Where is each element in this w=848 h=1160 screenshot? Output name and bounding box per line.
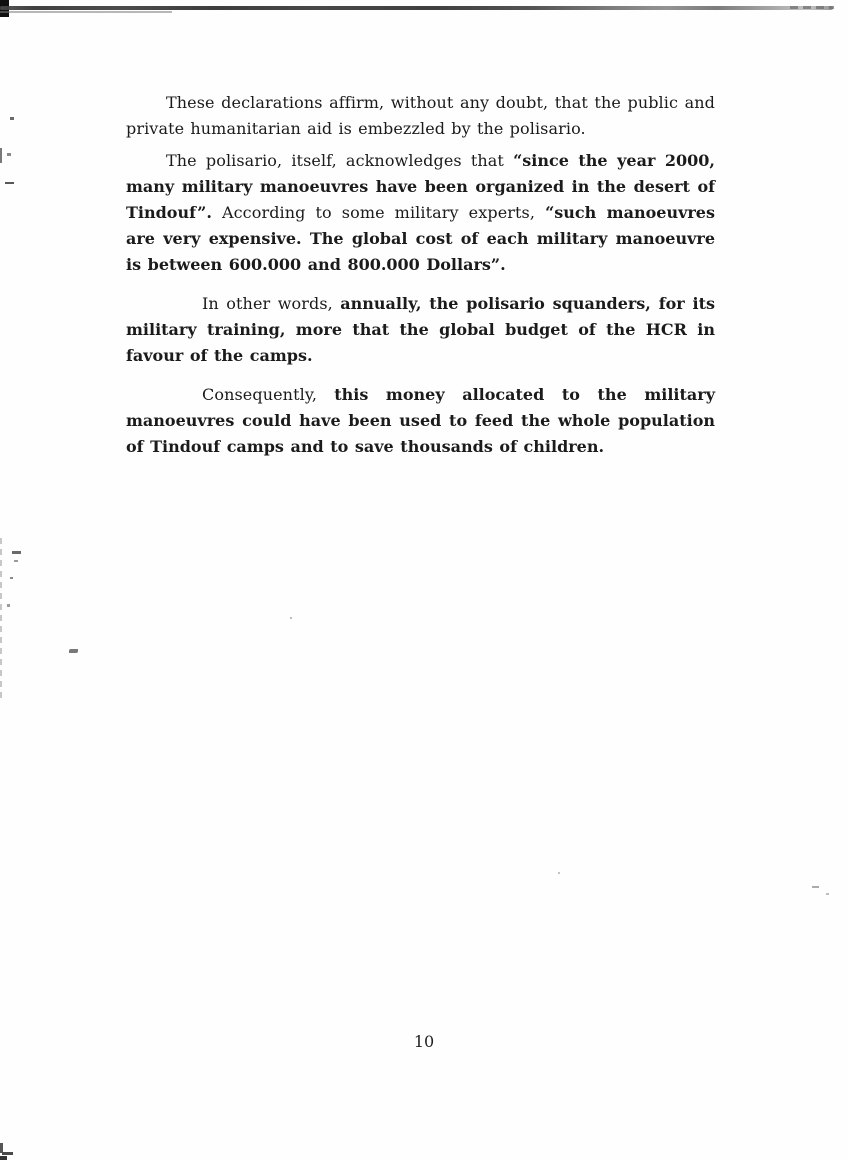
paragraph: In other words, annually, the polisario … — [126, 291, 715, 369]
scan-artifact-corner-block — [0, 0, 9, 17]
paragraph: These declarations affirm, without any d… — [126, 90, 715, 142]
text-segment: According to some military experts, — [212, 203, 545, 222]
page-number: 10 — [0, 1032, 848, 1051]
scan-artifact-speck — [0, 1143, 3, 1153]
scan-artifact-speck — [826, 893, 829, 895]
scan-artifact-speck — [7, 604, 10, 607]
scan-artifact-speck — [0, 1156, 7, 1160]
scan-artifact-speck — [5, 182, 14, 184]
document-body: These declarations affirm, without any d… — [126, 90, 715, 473]
scan-artifact-speck — [812, 886, 819, 888]
text-segment: The polisario, itself, acknowledges that — [166, 151, 513, 170]
paragraph: The polisario, itself, acknowledges that… — [126, 148, 715, 278]
scan-artifact-top-line-end — [790, 6, 834, 9]
scan-artifact-speck — [10, 577, 13, 579]
paragraph: Consequently, this money allocated to th… — [126, 382, 715, 460]
scan-artifact-speck — [558, 872, 560, 874]
scan-artifact-speck — [290, 617, 292, 619]
scan-artifact-top-line-2 — [0, 11, 172, 13]
scan-artifact-speck — [10, 117, 14, 120]
scan-artifact-speck — [2, 1152, 13, 1155]
text-segment: These declarations affirm, without any d… — [126, 93, 715, 138]
scan-artifact-speck — [14, 560, 18, 562]
scan-artifact-speck — [12, 551, 21, 554]
scan-artifact-left-edge — [0, 538, 2, 703]
text-segment: Consequently, — [202, 385, 334, 404]
scan-artifact-speck — [0, 148, 2, 163]
scan-artifact-speck — [69, 649, 78, 653]
text-segment: In other words, — [202, 294, 340, 313]
document-page: These declarations affirm, without any d… — [0, 0, 848, 1160]
scan-artifact-speck — [7, 153, 11, 156]
scan-artifact-top-line — [0, 6, 833, 10]
